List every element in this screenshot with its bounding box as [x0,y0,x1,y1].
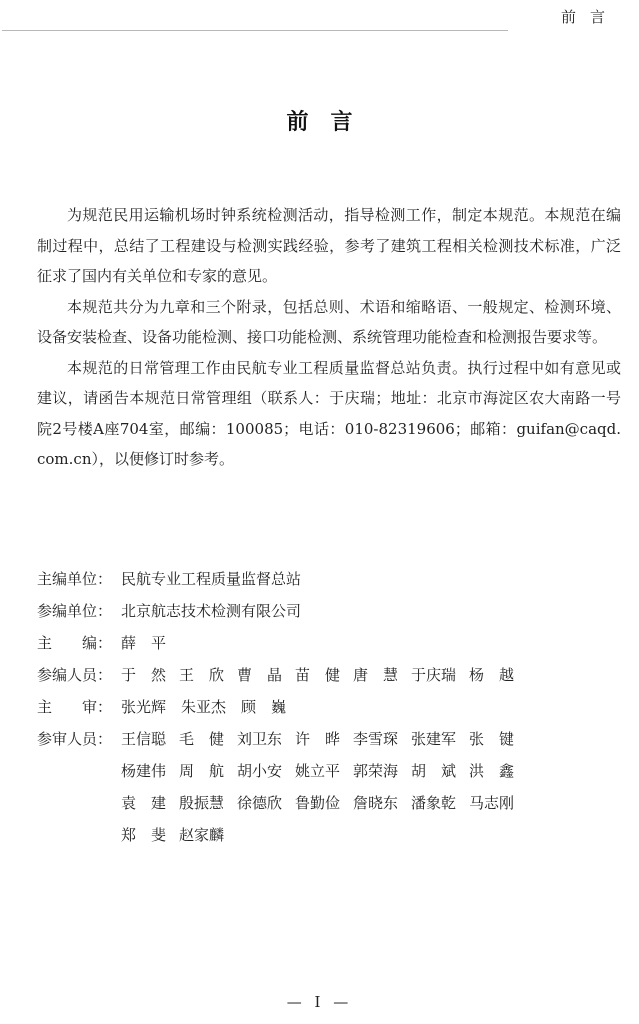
chief-reviewer-label: 主 审： [37,691,121,723]
reviewer-name: 鲁勤俭 [295,787,353,819]
editor-name: 王 欣 [179,659,237,691]
reviewer-name: 杨建伟 [121,755,179,787]
reviewer-name: 徐德欣 [237,787,295,819]
participating-unit-label: 参编单位： [37,595,121,627]
editor-name: 于庆瑞 [411,659,469,691]
reviewer-name: 刘卫东 [237,723,295,755]
reviewer-name: 詹晓东 [353,787,411,819]
editor-name: 杨 越 [469,659,527,691]
participating-editors-list: 于 然 王 欣 曹 晶 苗 健 唐 慧 于庆瑞 杨 越 [121,659,541,691]
reviewers-list: 王信聪 毛 健 刘卫东 许 晔 李雪琛 张建军 张 键 杨建伟 周 航 胡小安 … [121,723,541,851]
participating-editors-row: 参编人员： 于 然 王 欣 曹 晶 苗 健 唐 慧 于庆瑞 杨 越 [37,659,541,691]
editor-name: 苗 健 [295,659,353,691]
reviewer-name: 殷振慧 [179,787,237,819]
reviewer-name: 马志刚 [469,787,527,819]
chief-unit-label: 主编单位： [37,563,121,595]
credits-block: 主编单位： 民航专业工程质量监督总站 参编单位： 北京航志技术检测有限公司 主 … [37,563,541,851]
chief-editor-label: 主 编： [37,627,121,659]
editor-name: 于 然 [121,659,179,691]
reviewers-label: 参审人员： [37,723,121,851]
reviewer-name: 袁 建 [121,787,179,819]
reviewer-name: 张建军 [411,723,469,755]
chief-reviewer-value: 张光辉 朱亚杰 顾 巍 [121,691,286,723]
reviewer-name: 郭荣海 [353,755,411,787]
participating-editors-label: 参编人员： [37,659,121,691]
reviewer-name: 毛 健 [179,723,237,755]
page-number: — I — [0,993,639,1011]
chief-unit-row: 主编单位： 民航专业工程质量监督总站 [37,563,541,595]
header-rule [2,30,508,31]
participating-unit-value: 北京航志技术检测有限公司 [121,595,301,627]
reviewer-name: 胡小安 [237,755,295,787]
reviewers-row: 参审人员： 王信聪 毛 健 刘卫东 许 晔 李雪琛 张建军 张 键 杨建伟 周 … [37,723,541,851]
paragraph-purpose: 为规范民用运输机场时钟系统检测活动，指导检测工作，制定本规范。本规范在编制过程中… [37,200,621,292]
paragraph-management: 本规范的日常管理工作由民航专业工程质量监督总站负责。执行过程中如有意见或建议，请… [37,353,621,475]
reviewer-name: 许 晔 [295,723,353,755]
chief-editor-value: 薛 平 [121,627,166,659]
reviewer-name: 郑 斐 [121,819,179,851]
reviewer-name: 姚立平 [295,755,353,787]
reviewer-name: 洪 鑫 [469,755,527,787]
chief-editor-row: 主 编： 薛 平 [37,627,541,659]
chief-unit-value: 民航专业工程质量监督总站 [121,563,301,595]
reviewer-name: 王信聪 [121,723,179,755]
reviewer-name: 赵家麟 [179,819,237,851]
reviewer-name: 周 航 [179,755,237,787]
preface-body: 为规范民用运输机场时钟系统检测活动，指导检测工作，制定本规范。本规范在编制过程中… [37,200,621,475]
editor-name: 曹 晶 [237,659,295,691]
reviewer-name: 李雪琛 [353,723,411,755]
editor-name: 唐 慧 [353,659,411,691]
participating-unit-row: 参编单位： 北京航志技术检测有限公司 [37,595,541,627]
reviewer-name: 潘象乾 [411,787,469,819]
running-head: 前言 [561,6,619,27]
chief-reviewer-row: 主 审： 张光辉 朱亚杰 顾 巍 [37,691,541,723]
reviewer-name: 张 键 [469,723,527,755]
paragraph-contents: 本规范共分为九章和三个附录，包括总则、术语和缩略语、一般规定、检测环境、设备安装… [37,292,621,353]
reviewer-name: 胡 斌 [411,755,469,787]
page-title: 前言 [0,105,639,136]
